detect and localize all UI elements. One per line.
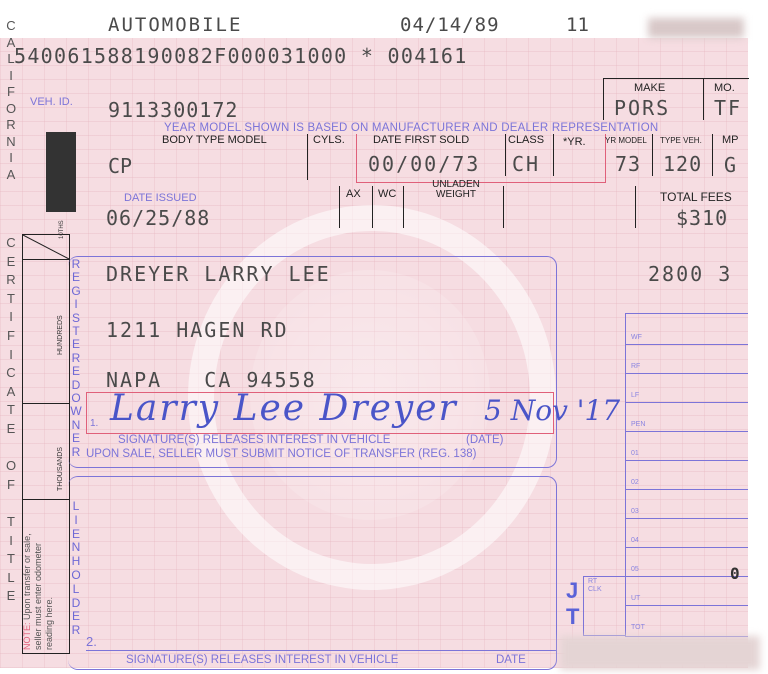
make-value: PORS xyxy=(614,96,670,120)
redaction-bar xyxy=(46,132,76,212)
lienholder-sig-caption: SIGNATURE(S) RELEASES INTEREST IN VEHICL… xyxy=(126,654,398,666)
mo-label: MO. xyxy=(714,82,735,94)
class-value: CH xyxy=(512,152,540,176)
odometer-thousands-label: THOUSANDS xyxy=(57,447,64,491)
fee-label-lf: LF xyxy=(631,392,639,399)
lienholder-vertical-label: LIENHOLDER xyxy=(70,500,82,638)
body-type-label: BODY TYPE MODEL xyxy=(162,134,267,146)
owner-address: 1211 HAGEN RD xyxy=(106,318,289,342)
cyls-label: CYLS. xyxy=(313,134,345,146)
total-fees-value: $310 xyxy=(676,206,728,230)
jt-label: JT xyxy=(566,578,580,630)
odometer-note: NOTE: Upon transfer or sale, seller must… xyxy=(22,520,55,650)
document-number: 540061588190082F000031000 * 004161 xyxy=(14,44,468,68)
owner-name: DREYER LARRY LEE xyxy=(106,262,331,286)
note-label: NOTE: xyxy=(22,622,32,650)
fee-label-05: 05 xyxy=(631,566,639,573)
fee-label-03: 03 xyxy=(631,508,639,515)
vehicle-type: AUTOMOBILE xyxy=(108,14,242,36)
wc-label: WC xyxy=(378,188,396,200)
date-issued-value: 06/25/88 xyxy=(106,206,210,230)
fees-grid: WF RF LF PEN 01 02 03 04 05 UT TOT 0 xyxy=(625,313,748,637)
veh-id-value: 9113300172 xyxy=(108,98,238,122)
print-code: 11 xyxy=(566,14,589,36)
redacted-field xyxy=(648,18,744,38)
fee-label-wf: WF xyxy=(631,334,642,341)
date-first-sold-value: 00/00/73 xyxy=(368,152,480,176)
yr-model-value: 73 xyxy=(615,152,641,176)
mp-value: G xyxy=(724,153,736,177)
rt-clk-label: RT CLK xyxy=(588,578,608,594)
owner-signature: Larry Lee Dreyer xyxy=(110,388,458,429)
odometer-tenths-label: 10THS xyxy=(59,220,65,239)
owner-sig-caption: SIGNATURE(S) RELEASES INTEREST IN VEHICL… xyxy=(118,434,390,446)
redacted-bottom xyxy=(560,636,760,670)
unladen-weight-label: UNLADEN WEIGHT xyxy=(426,180,486,200)
side-text-california: CALIFORNIA xyxy=(4,18,18,183)
date-first-sold-label: DATE FIRST SOLD xyxy=(373,134,469,146)
total-fees-label: TOTAL FEES xyxy=(660,190,732,204)
fee-label-04: 04 xyxy=(631,537,639,544)
make-box-top xyxy=(603,78,749,79)
transfer-notice: UPON SALE, SELLER MUST SUBMIT NOTICE OF … xyxy=(86,448,476,460)
type-veh-label: TYPE VEH. xyxy=(660,136,702,145)
fee-label-02: 02 xyxy=(631,479,639,486)
yr-model-label: YR MODEL xyxy=(605,136,647,145)
registered-owner-vertical-label: REGISTEREDOWNER xyxy=(70,258,82,459)
date-issued-label: DATE ISSUED xyxy=(124,192,197,204)
year-model-disclaimer: YEAR MODEL SHOWN IS BASED ON MANUFACTURE… xyxy=(164,122,658,134)
side-text-certificate-of-title: CERTIFICATEOFTITLE xyxy=(4,234,18,606)
veh-id-label: VEH. ID. xyxy=(30,96,73,108)
lienholder-signature-line[interactable] xyxy=(86,650,556,651)
body-type-value: CP xyxy=(108,154,132,178)
ax-label: AX xyxy=(346,188,361,200)
lienholder-box xyxy=(68,476,557,670)
owner-sig-number: 1. xyxy=(90,418,98,429)
mp-label: MP xyxy=(722,134,739,146)
make-label: MAKE xyxy=(634,82,665,94)
fee-label-rf: RF xyxy=(631,363,640,370)
odometer-hundreds-label: HUNDREDS xyxy=(57,315,64,355)
fee-label-tot: TOT xyxy=(631,624,645,631)
yr-label: *YR. xyxy=(563,136,586,148)
fee-label-01: 01 xyxy=(631,450,639,457)
mo-value: TF xyxy=(714,96,742,120)
fee-label-ut: UT xyxy=(631,595,640,602)
lienholder-sig-number: 2. xyxy=(86,634,97,649)
type-veh-value: 120 xyxy=(663,152,702,176)
fee-label-pen: PEN xyxy=(631,421,645,428)
print-date: 04/14/89 xyxy=(400,14,500,36)
fee-value-05: 0 xyxy=(730,564,740,583)
owner-date-caption: (DATE) xyxy=(466,434,503,446)
lienholder-date-caption: DATE xyxy=(496,654,526,666)
owner-signature-date: 5 Nov '17 xyxy=(484,394,620,427)
class-label: CLASS xyxy=(508,134,544,146)
owner-side-code: 2800 3 xyxy=(648,262,732,286)
